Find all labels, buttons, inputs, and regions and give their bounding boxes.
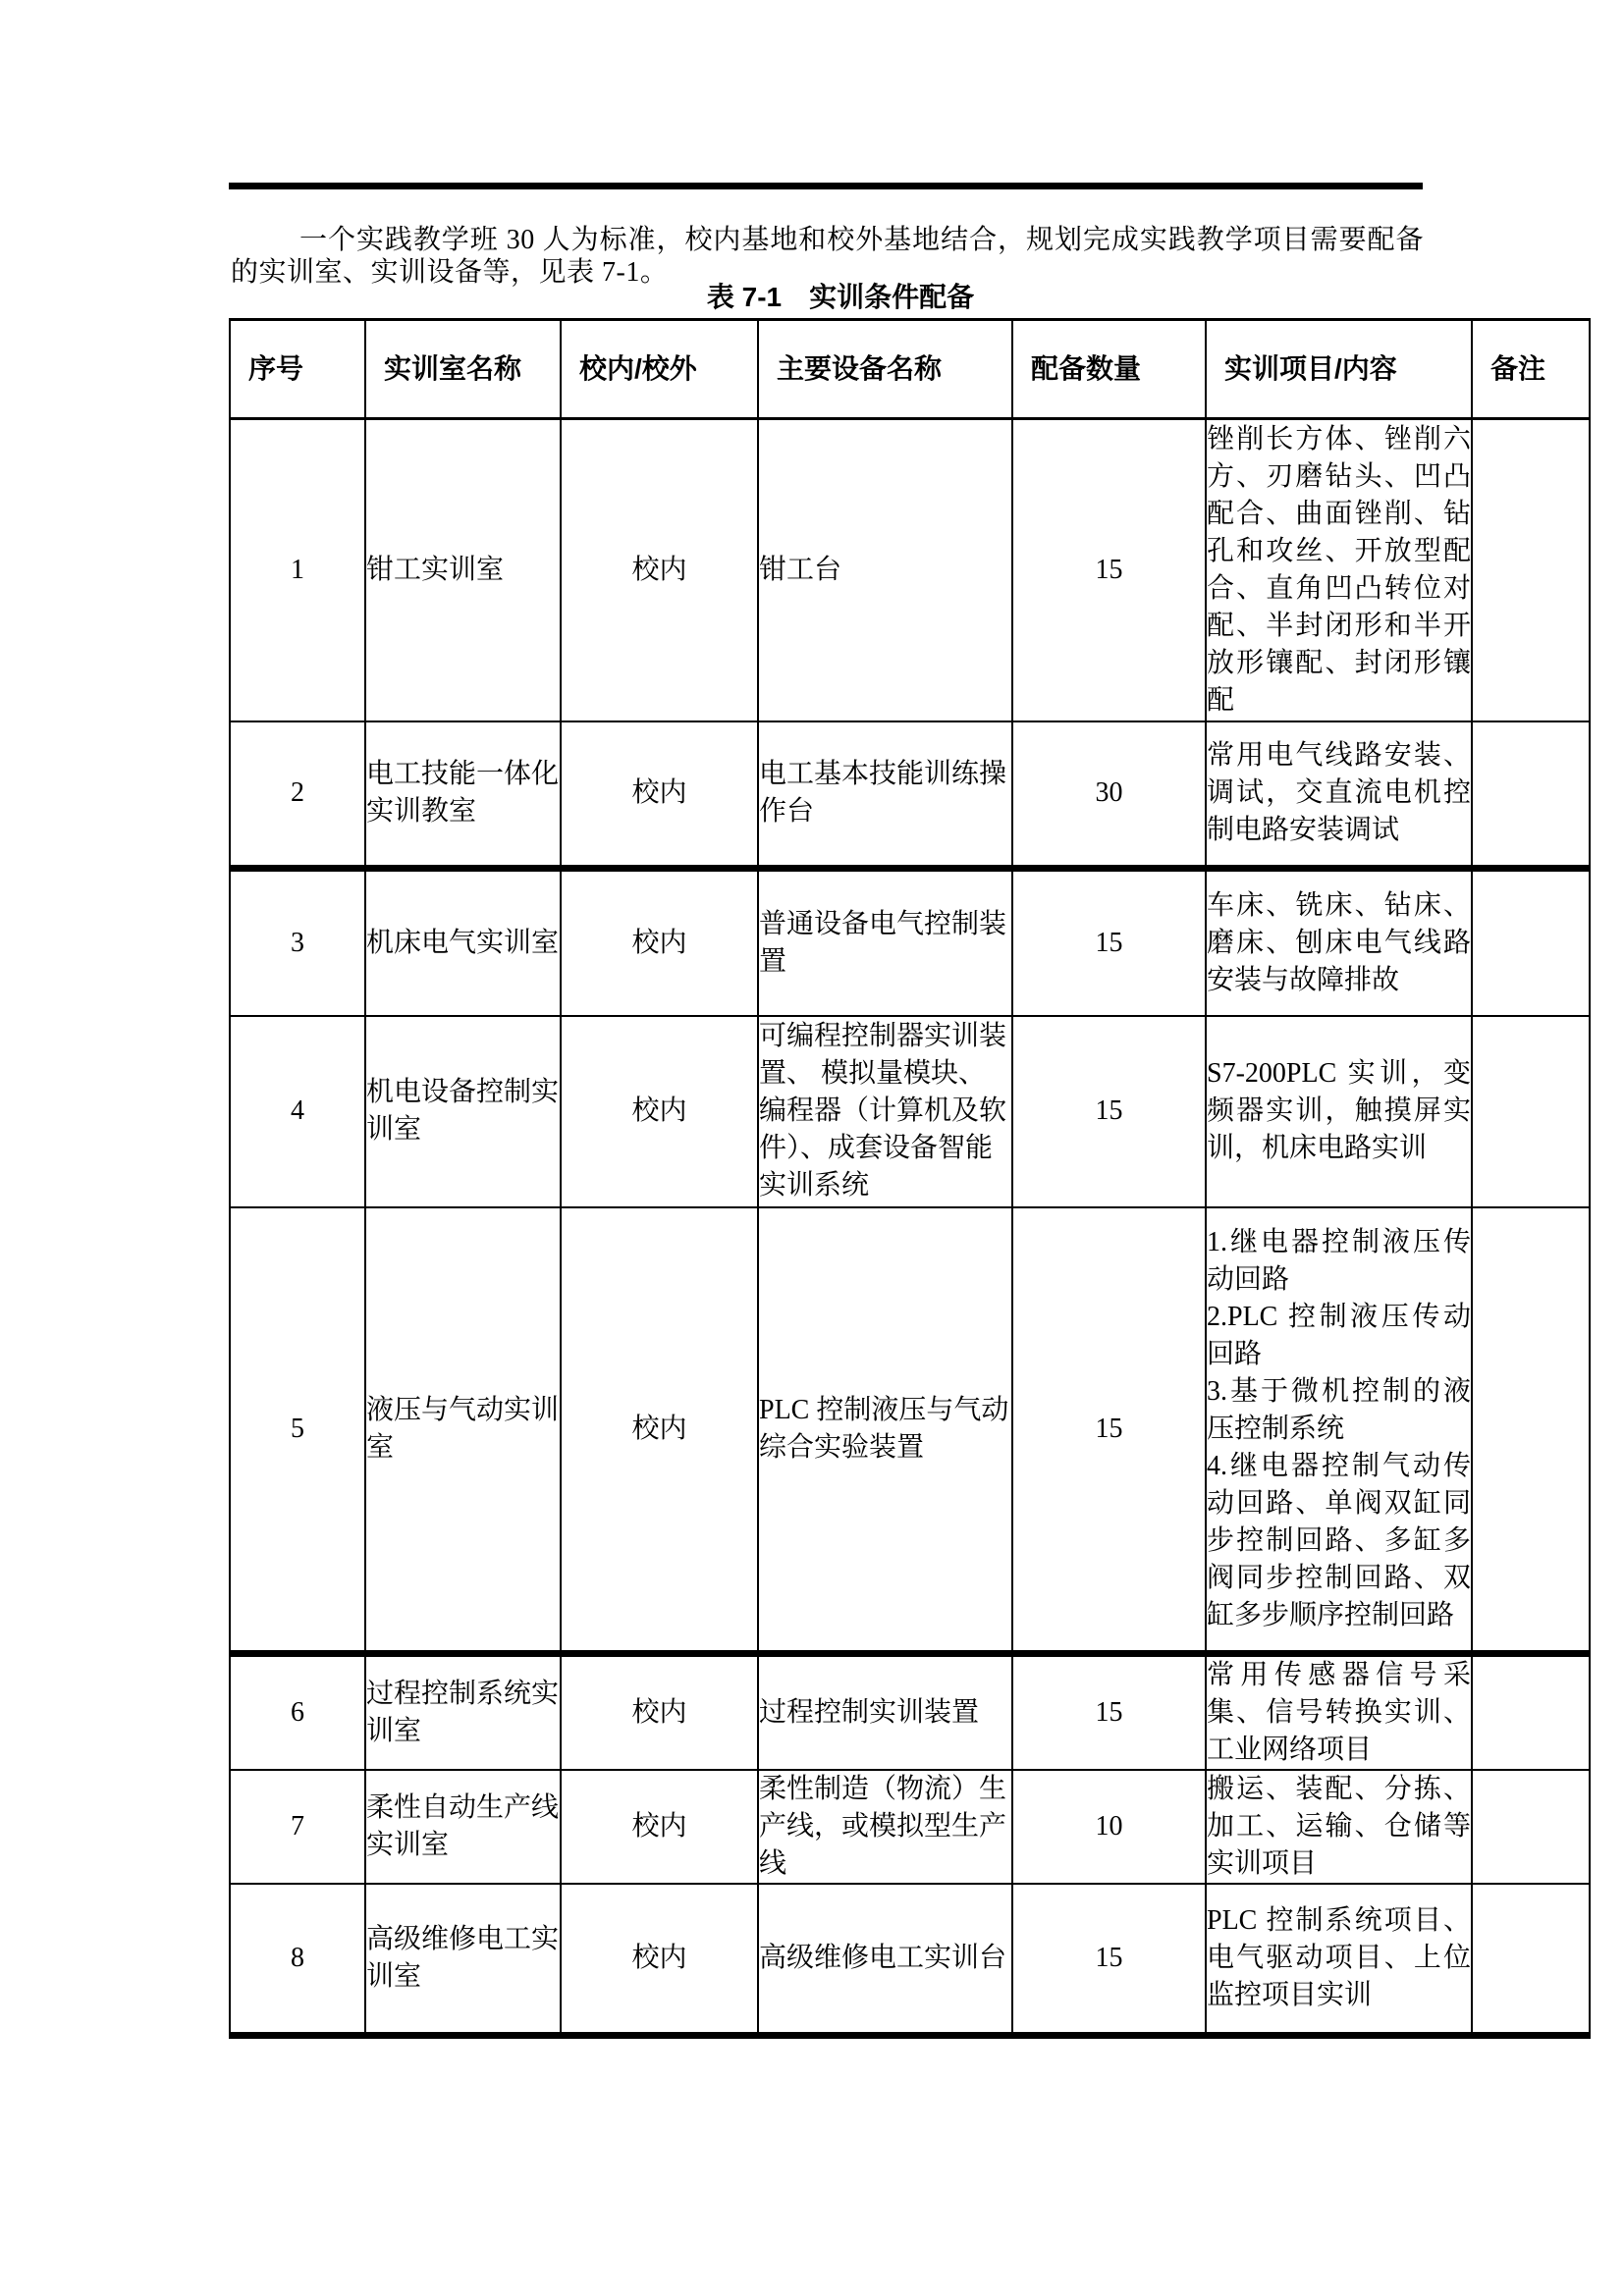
cell-quantity: 15 (1012, 1207, 1206, 1654)
intro-paragraph: 一个实践教学班 30 人为标准，校内基地和校外基地结合，规划完成实践教学项目需要… (231, 224, 1424, 289)
table-row: 6 过程控制系统实训室 校内 过程控制实训装置 15 常用传感器信号采集、信号转… (230, 1654, 1590, 1771)
page-header-rule (229, 183, 1423, 189)
table-row: 3 机床电气实训室 校内 普通设备电气控制装置 15 车床、铣床、钻床、磨床、刨… (230, 869, 1590, 1016)
cell-content: 车床、铣床、钻床、磨床、刨床电气线路安装与故障排故 (1206, 869, 1472, 1016)
cell-note (1472, 1884, 1590, 2035)
cell-room: 柔性自动生产线实训室 (365, 1770, 561, 1884)
cell-equipment: 普通设备电气控制装置 (758, 869, 1012, 1016)
cell-quantity: 15 (1012, 419, 1206, 721)
cell-no: 1 (230, 419, 365, 721)
cell-content: 1.继电器控制液压传动回路 2.PLC 控制液压传动回路 3.基于微机控制的液压… (1206, 1207, 1472, 1654)
cell-no: 3 (230, 869, 365, 1016)
cell-no: 8 (230, 1884, 365, 2035)
column-header-room: 实训室名称 (365, 320, 561, 419)
cell-room: 过程控制系统实训室 (365, 1654, 561, 1771)
cell-note (1472, 1654, 1590, 1771)
cell-quantity: 15 (1012, 1016, 1206, 1207)
cell-quantity: 10 (1012, 1770, 1206, 1884)
cell-equipment: 电工基本技能训练操作台 (758, 721, 1012, 869)
cell-equipment: PLC 控制液压与气动综合实验装置 (758, 1207, 1012, 1654)
cell-content: 常用传感器信号采集、信号转换实训、工业网络项目 (1206, 1654, 1472, 1771)
cell-equipment: 高级维修电工实训台 (758, 1884, 1012, 2035)
cell-location: 校内 (561, 1016, 758, 1207)
cell-note (1472, 1016, 1590, 1207)
table-row: 7 柔性自动生产线实训室 校内 柔性制造（物流）生产线，或模拟型生产线 10 搬… (230, 1770, 1590, 1884)
cell-note (1472, 1770, 1590, 1884)
cell-content: 锉削长方体、锉削六方、刃磨钻头、凹凸配合、曲面锉削、钻孔和攻丝、开放型配合、直角… (1206, 419, 1472, 721)
cell-quantity: 15 (1012, 1884, 1206, 2035)
cell-room: 电工技能一体化实训教室 (365, 721, 561, 869)
column-header-no: 序号 (230, 320, 365, 419)
cell-quantity: 15 (1012, 1654, 1206, 1771)
cell-location: 校内 (561, 1207, 758, 1654)
cell-room: 高级维修电工实训室 (365, 1884, 561, 2035)
cell-room: 机电设备控制实训室 (365, 1016, 561, 1207)
cell-no: 5 (230, 1207, 365, 1654)
table-caption: 表 7-1 实训条件配备 (229, 282, 1452, 313)
cell-note (1472, 419, 1590, 721)
column-header-content: 实训项目/内容 (1206, 320, 1472, 419)
column-header-quantity: 配备数量 (1012, 320, 1206, 419)
cell-location: 校内 (561, 419, 758, 721)
training-conditions-table: 序号 实训室名称 校内/校外 主要设备名称 配备数量 实训项目/内容 备注 1 … (229, 318, 1591, 2039)
cell-equipment: 过程控制实训装置 (758, 1654, 1012, 1771)
cell-room: 机床电气实训室 (365, 869, 561, 1016)
cell-equipment: 可编程控制器实训装置、 模拟量模块、编程器（计算机及软件）、成套设备智能实训系统 (758, 1016, 1012, 1207)
cell-no: 4 (230, 1016, 365, 1207)
cell-note (1472, 1207, 1590, 1654)
cell-location: 校内 (561, 721, 758, 869)
cell-quantity: 15 (1012, 869, 1206, 1016)
cell-content: PLC 控制系统项目、电气驱动项目、上位监控项目实训 (1206, 1884, 1472, 2035)
table-row: 4 机电设备控制实训室 校内 可编程控制器实训装置、 模拟量模块、编程器（计算机… (230, 1016, 1590, 1207)
cell-quantity: 30 (1012, 721, 1206, 869)
cell-content: S7-200PLC 实训，变频器实训，触摸屏实训，机床电路实训 (1206, 1016, 1472, 1207)
cell-no: 6 (230, 1654, 365, 1771)
table-row: 5 液压与气动实训室 校内 PLC 控制液压与气动综合实验装置 15 1.继电器… (230, 1207, 1590, 1654)
cell-location: 校内 (561, 869, 758, 1016)
cell-location: 校内 (561, 1654, 758, 1771)
cell-location: 校内 (561, 1770, 758, 1884)
column-header-location: 校内/校外 (561, 320, 758, 419)
cell-note (1472, 869, 1590, 1016)
document-page: 一个实践教学班 30 人为标准，校内基地和校外基地结合，规划完成实践教学项目需要… (0, 0, 1624, 2296)
column-header-equipment: 主要设备名称 (758, 320, 1012, 419)
cell-equipment: 柔性制造（物流）生产线，或模拟型生产线 (758, 1770, 1012, 1884)
cell-no: 7 (230, 1770, 365, 1884)
cell-equipment: 钳工台 (758, 419, 1012, 721)
cell-location: 校内 (561, 1884, 758, 2035)
table-row: 1 钳工实训室 校内 钳工台 15 锉削长方体、锉削六方、刃磨钻头、凹凸配合、曲… (230, 419, 1590, 721)
cell-content: 常用电气线路安装、调试，交直流电机控制电路安装调试 (1206, 721, 1472, 869)
cell-note (1472, 721, 1590, 869)
cell-room: 钳工实训室 (365, 419, 561, 721)
table-row: 2 电工技能一体化实训教室 校内 电工基本技能训练操作台 30 常用电气线路安装… (230, 721, 1590, 869)
cell-room: 液压与气动实训室 (365, 1207, 561, 1654)
table-row: 8 高级维修电工实训室 校内 高级维修电工实训台 15 PLC 控制系统项目、电… (230, 1884, 1590, 2035)
table-header-row: 序号 实训室名称 校内/校外 主要设备名称 配备数量 实训项目/内容 备注 (230, 320, 1590, 419)
cell-content: 搬运、装配、分拣、加工、运输、仓储等实训项目 (1206, 1770, 1472, 1884)
column-header-note: 备注 (1472, 320, 1590, 419)
cell-no: 2 (230, 721, 365, 869)
